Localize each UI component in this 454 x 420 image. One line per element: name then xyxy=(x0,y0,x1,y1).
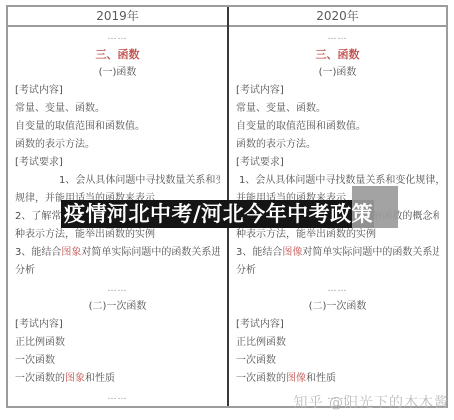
text-segment: 常量、变量、函数。 xyxy=(15,103,105,114)
table-line: 一次函数的图像和性质 xyxy=(236,370,439,388)
table-line: 一次函数的图象和性质 xyxy=(15,370,220,388)
year-header-2019: 2019年 xyxy=(8,7,227,27)
text-segment: 对简单实际问题中的函数关系进行 xyxy=(81,247,220,258)
text-segment: 分析 xyxy=(236,265,256,276)
text-segment: 对简单实际问题中的函数关系进行 xyxy=(302,247,439,258)
table-line: 3、能结合图象对简单实际问题中的函数关系进行 xyxy=(15,244,220,262)
text-segment: 函数的表示方法。 xyxy=(15,139,95,150)
table-line: 分析 xyxy=(236,262,439,280)
text-segment: (二)一次函数 xyxy=(89,301,147,312)
table-line: …… xyxy=(15,388,220,406)
table-line: 一次函数 xyxy=(15,352,220,370)
table-line: …… xyxy=(236,28,439,46)
text-segment: …… xyxy=(328,284,348,294)
year-header-2020: 2020年 xyxy=(229,7,446,27)
table-line: 自变量的取值范围和函数值。 xyxy=(236,118,439,136)
text-segment: [考试内容] xyxy=(236,85,284,96)
text-segment: …… xyxy=(328,32,348,42)
text-segment: 1、会从具体问题中寻找数量关系和变化规律， xyxy=(239,175,439,186)
text-segment: 常量、变量、函数。 xyxy=(236,103,326,114)
table-line: 种表示方法，能举出函数的实例 xyxy=(15,226,220,244)
table-line: [考试内容] xyxy=(15,316,220,334)
table-line: …… xyxy=(15,280,220,298)
text-segment: 种表示方法，能举出函数的实例 xyxy=(15,229,155,240)
table-line: [考试要求] xyxy=(236,154,439,172)
text-segment: (二)一次函数 xyxy=(309,301,367,312)
table-line: …… xyxy=(15,28,220,46)
text-segment: 三、函数 xyxy=(316,48,360,61)
table-line: 正比例函数 xyxy=(15,334,220,352)
text-segment: 自变量的取值范围和函数值。 xyxy=(236,121,366,132)
table-line: 常量、变量、函数。 xyxy=(15,100,220,118)
section-title: 三、函数 xyxy=(15,46,220,64)
text-segment: 3、能结合 xyxy=(15,247,61,258)
section-title: 三、函数 xyxy=(236,46,439,64)
text-segment: 一次函数的 xyxy=(15,373,65,384)
text-segment: 函数的表示方法。 xyxy=(236,139,316,150)
highlighted-term: 图像 xyxy=(282,247,302,258)
text-segment: 3、能结合 xyxy=(236,247,282,258)
table-line: 1、会从具体问题中寻找数量关系和变化 xyxy=(15,172,220,190)
text-segment: [考试内容] xyxy=(15,85,63,96)
text-segment: 一次函数 xyxy=(236,355,276,366)
text-segment: 三、函数 xyxy=(96,48,140,61)
text-segment: …… xyxy=(108,32,128,42)
text-segment: 和性质 xyxy=(85,373,115,384)
table-line: [考试内容] xyxy=(236,316,439,334)
table-line: …… xyxy=(236,280,439,298)
table-line: (二)一次函数 xyxy=(15,298,220,316)
table-line: 一次函数 xyxy=(236,352,439,370)
text-segment: (一)函数 xyxy=(319,67,357,78)
text-segment: …… xyxy=(108,284,128,294)
table-line: (二)一次函数 xyxy=(236,298,439,316)
text-segment: [考试要求] xyxy=(236,157,284,168)
table-line: 自变量的取值范围和函数值。 xyxy=(15,118,220,136)
text-segment: [考试内容] xyxy=(15,319,63,330)
text-segment: …… xyxy=(108,392,128,402)
table-line: 常量、变量、函数。 xyxy=(236,100,439,118)
highlighted-term: 图像 xyxy=(286,373,306,384)
table-line: 正比例函数 xyxy=(236,334,439,352)
table-line: [考试内容] xyxy=(236,82,439,100)
text-segment: 分析 xyxy=(15,265,35,276)
table-line: 种表示方法，能举出函数的实例 xyxy=(236,226,439,244)
text-segment: 正比例函数 xyxy=(15,337,65,348)
table-line: (一)函数 xyxy=(236,64,439,82)
text-segment: 种表示方法，能举出函数的实例 xyxy=(236,229,376,240)
table-line: 3、能结合图像对简单实际问题中的函数关系进行 xyxy=(236,244,439,262)
watermark-text: 疫情河北中考/河北今年中考政策 xyxy=(64,200,373,228)
attribution-watermark: 知乎 @阳光下的木木酱 xyxy=(294,392,449,412)
table-line: [考试要求] xyxy=(15,154,220,172)
text-segment: 一次函数 xyxy=(15,355,55,366)
highlighted-term: 图象 xyxy=(61,247,81,258)
text-segment: [考试要求] xyxy=(15,157,63,168)
text-segment: 正比例函数 xyxy=(236,337,286,348)
table-line: 函数的表示方法。 xyxy=(15,136,220,154)
text-segment: 自变量的取值范围和函数值。 xyxy=(15,121,145,132)
text-segment: 一次函数的 xyxy=(236,373,286,384)
highlighted-term: 图象 xyxy=(65,373,85,384)
table-line: 分析 xyxy=(15,262,220,280)
text-segment: 1、会从具体问题中寻找数量关系和变化 xyxy=(59,175,220,186)
text-segment: (一)函数 xyxy=(99,67,137,78)
text-segment: 和性质 xyxy=(306,373,336,384)
table-line: (一)函数 xyxy=(15,64,220,82)
table-line: [考试内容] xyxy=(15,82,220,100)
table-line: 函数的表示方法。 xyxy=(236,136,439,154)
text-segment: [考试内容] xyxy=(236,319,284,330)
table-line: 1、会从具体问题中寻找数量关系和变化规律， xyxy=(236,172,439,190)
page: 2019年 ……三、函数(一)函数[考试内容]常量、变量、函数。自变量的取值范围… xyxy=(0,0,454,420)
